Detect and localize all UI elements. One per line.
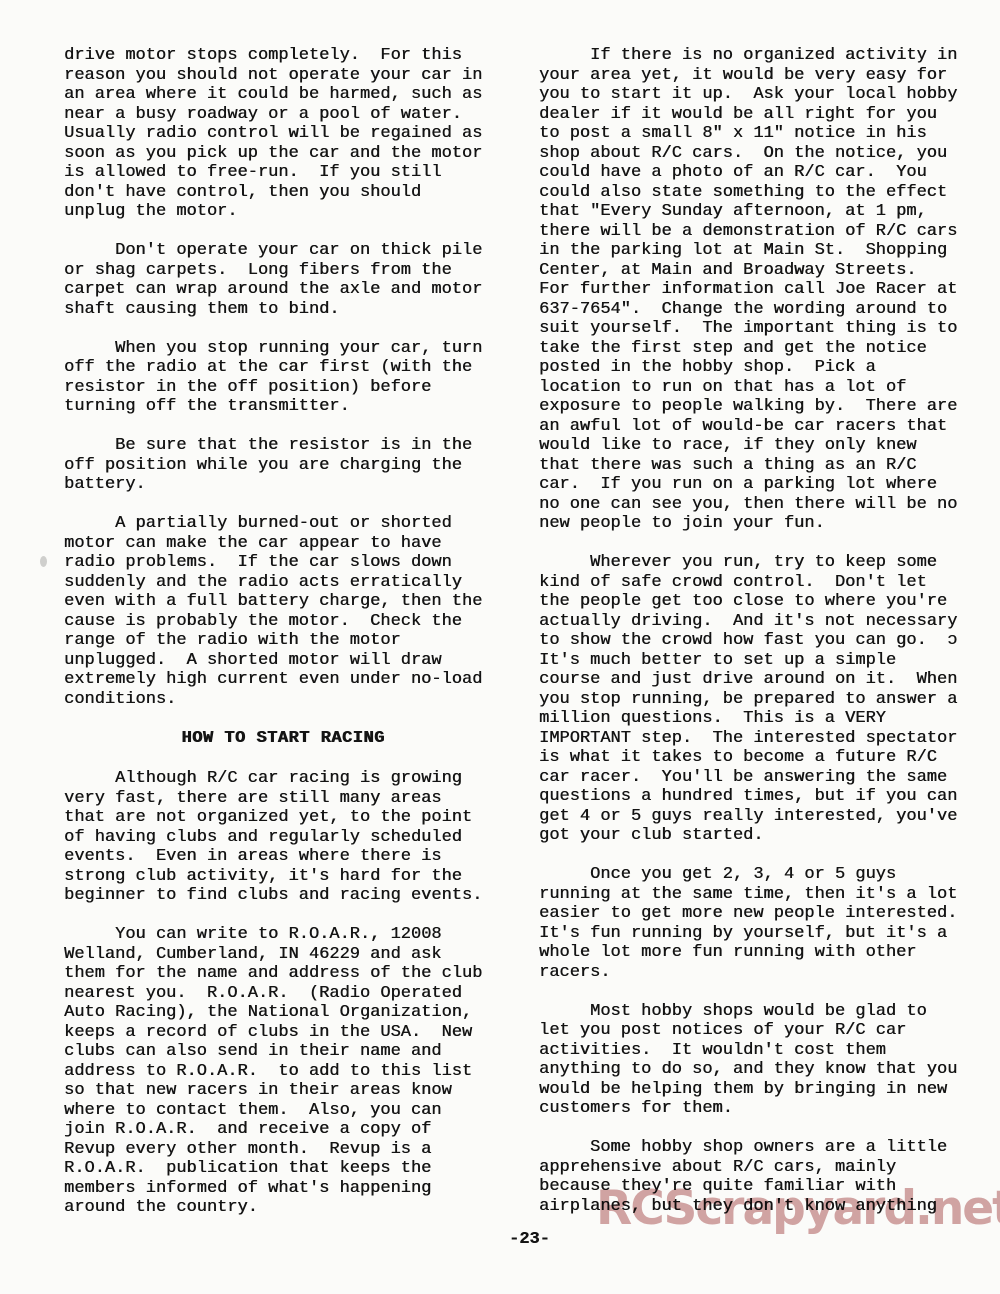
- watermark: RCScrapyard.net: [596, 1181, 1000, 1236]
- paragraph: Don't operate your car on thick pile or …: [64, 241, 502, 319]
- page-number: -23-: [509, 1230, 550, 1249]
- right-column: If there is no organized activity in you…: [539, 46, 977, 1236]
- paragraph: You can write to R.O.A.R., 12008 Welland…: [64, 925, 502, 1218]
- left-column: drive motor stops completely. For this r…: [64, 46, 502, 1237]
- paragraph: Wherever you run, try to keep some kind …: [539, 553, 977, 846]
- section-heading: HOW TO START RACING: [64, 729, 502, 749]
- scan-artifact-speck: [40, 556, 47, 567]
- paragraph: drive motor stops completely. For this r…: [64, 46, 502, 222]
- paragraph: Although R/C car racing is growing very …: [64, 769, 502, 906]
- paragraph: A partially burned-out or shorted motor …: [64, 514, 502, 709]
- document-page: drive motor stops completely. For this r…: [0, 0, 1000, 1294]
- paragraph: Be sure that the resistor is in the off …: [64, 436, 502, 495]
- paragraph: Most hobby shops would be glad to let yo…: [539, 1002, 977, 1119]
- paragraph: Once you get 2, 3, 4 or 5 guys running a…: [539, 865, 977, 982]
- paragraph: If there is no organized activity in you…: [539, 46, 977, 534]
- paragraph: When you stop running your car, turn off…: [64, 339, 502, 417]
